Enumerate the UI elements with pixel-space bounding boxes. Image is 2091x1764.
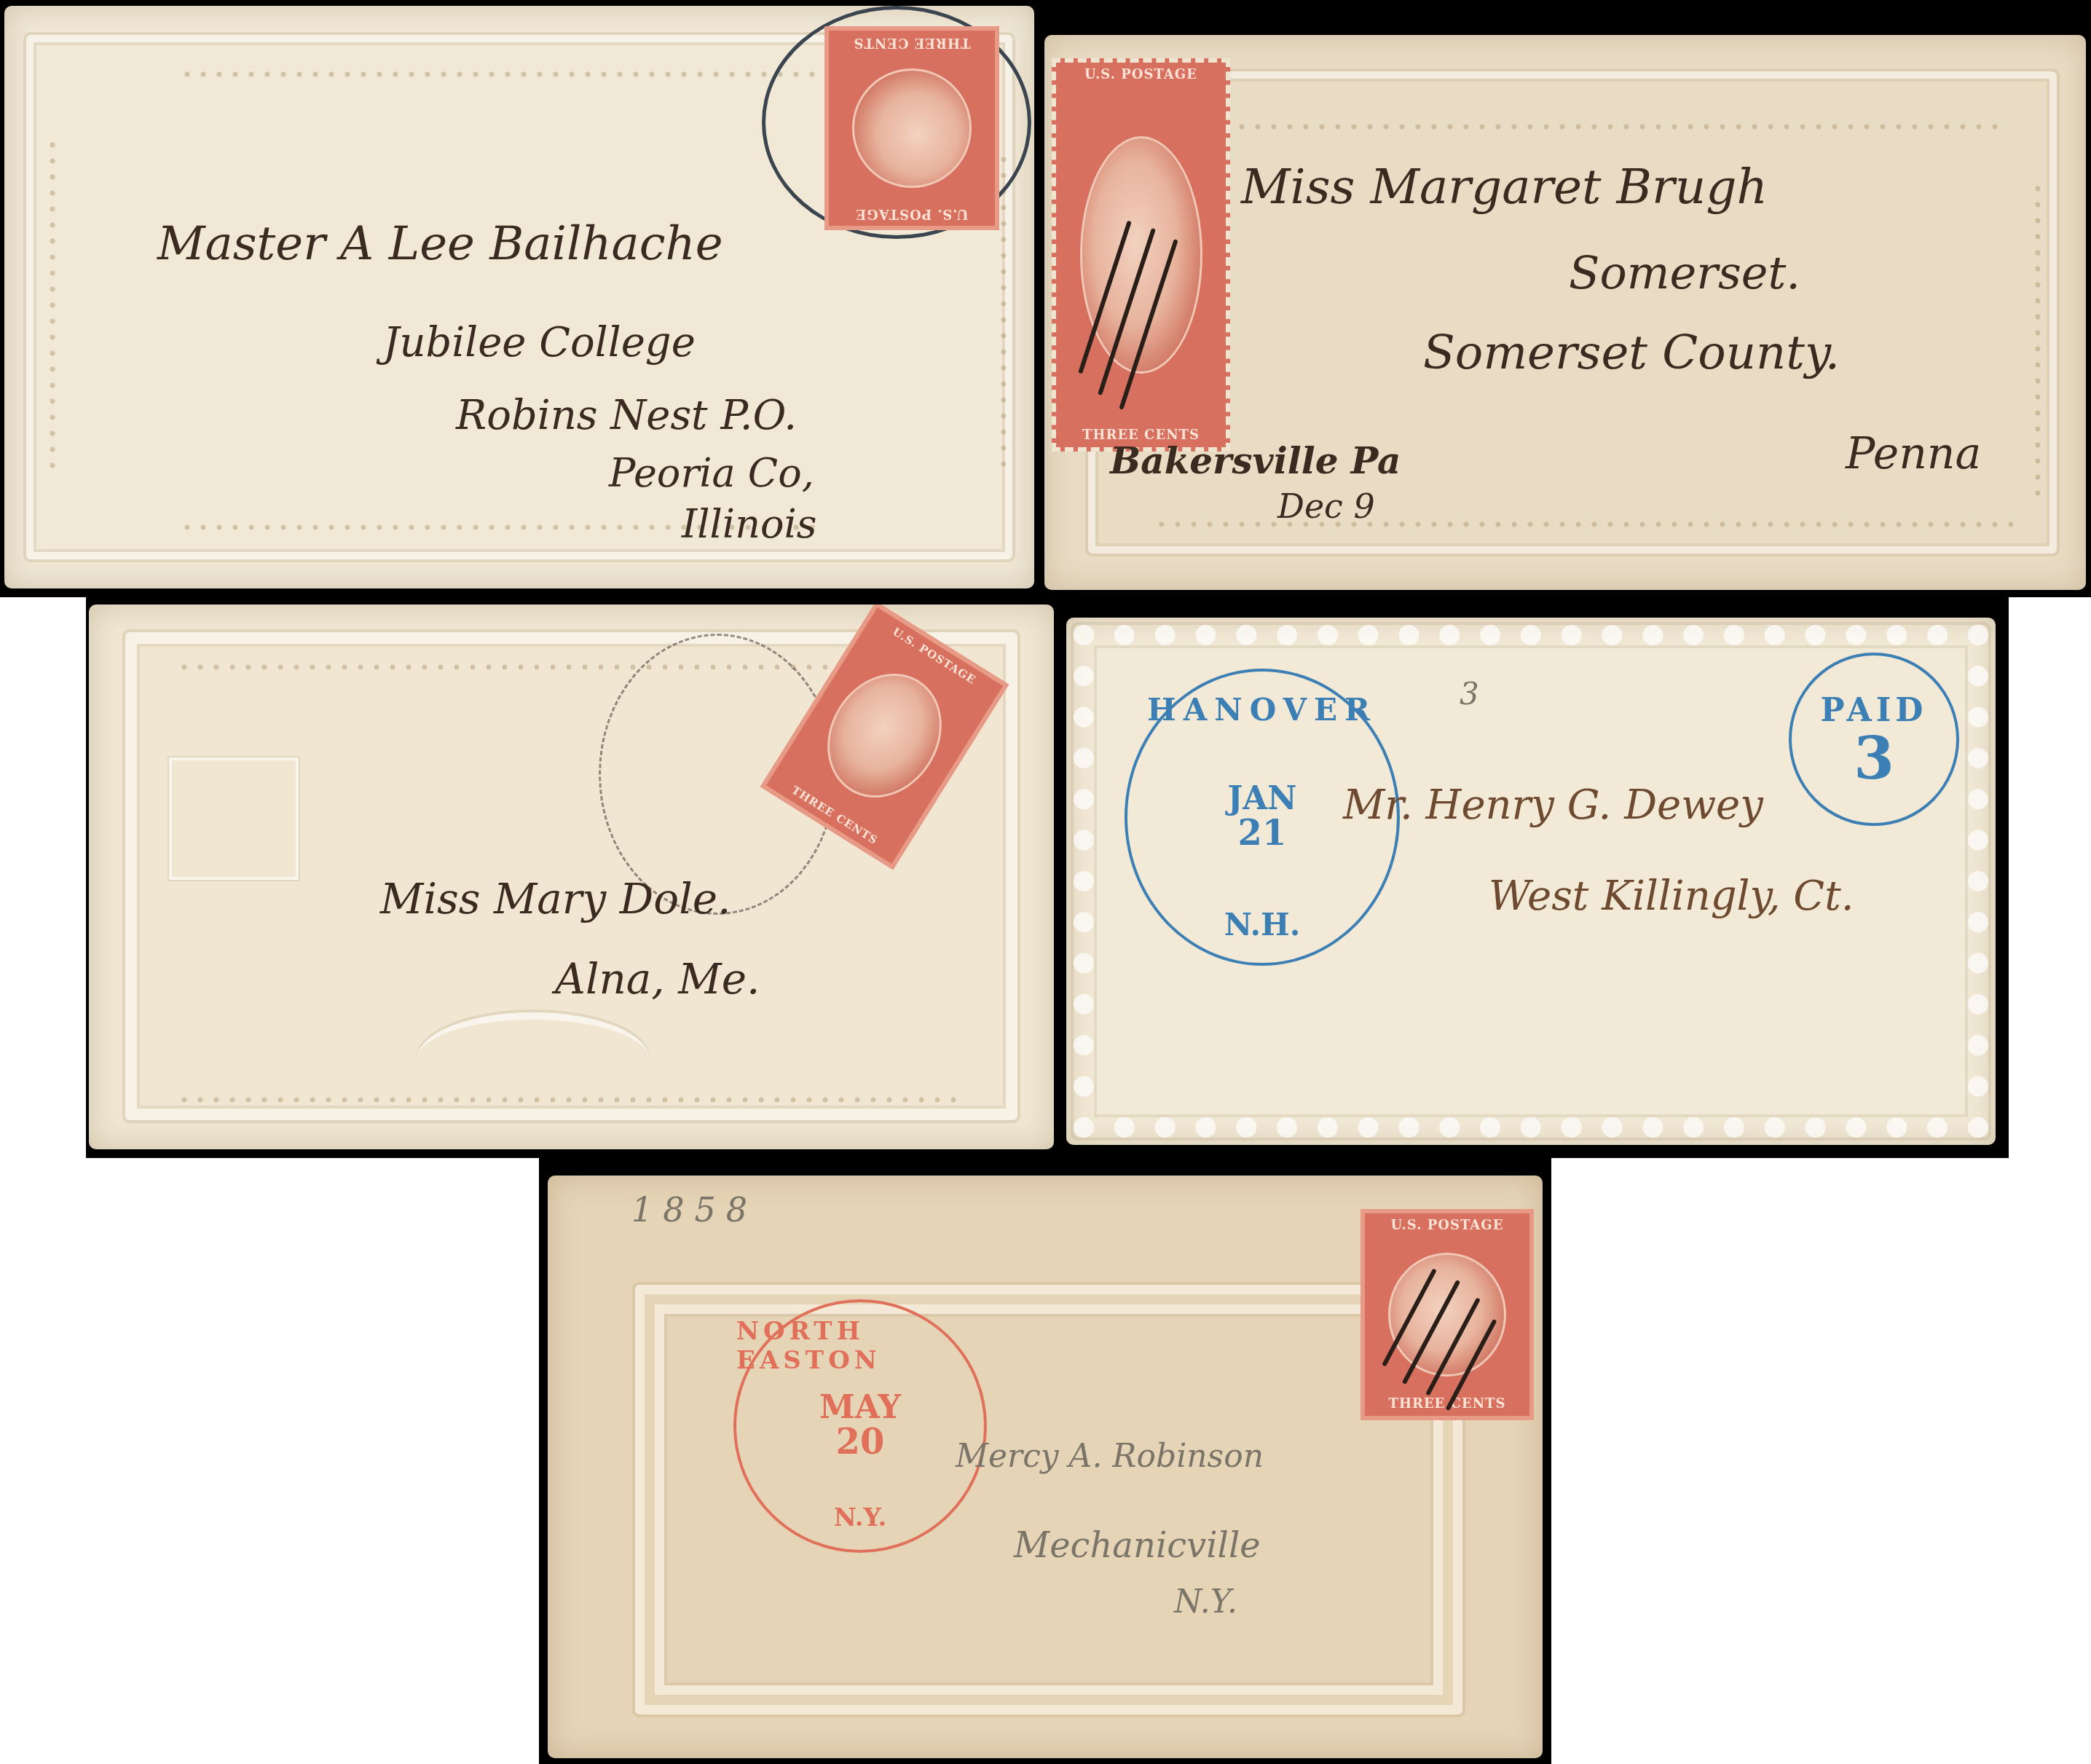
stamp-top-label: U.S. POSTAGE — [856, 206, 969, 221]
postmark-state: N.Y. — [834, 1503, 886, 1532]
embossed-cottage — [169, 757, 299, 880]
sender-note: Dec 9 — [1277, 487, 1375, 526]
stamp-3c-washington: U.S. POSTAGE THREE CENTS — [824, 26, 999, 230]
postmark-north-easton: NORTH EASTON MAY 20 N.Y. — [733, 1299, 987, 1553]
embossed-dots-top — [179, 71, 820, 77]
address-line: Alna, Me. — [555, 954, 760, 1004]
postmark-month: JAN — [1227, 783, 1296, 815]
embossed-dots-left — [50, 137, 55, 472]
docket-year: 1858 — [631, 1190, 757, 1229]
address-line: West Killingly, Ct. — [1489, 873, 1854, 920]
washington-portrait — [805, 653, 964, 819]
address-line: Mercy A. Robinson — [956, 1438, 1264, 1475]
address-line: Robins Nest P.O. — [456, 392, 797, 439]
embossed-dots-right — [1001, 151, 1007, 472]
pencil-note: 3 — [1460, 676, 1479, 712]
address-line: Mr. Henry G. Dewey — [1343, 781, 1763, 829]
address-line: Master A Lee Bailhache — [157, 217, 723, 271]
address-line: N.Y. — [1174, 1583, 1237, 1621]
stamp-top-label: U.S. POSTAGE — [1084, 67, 1197, 82]
stamp-3c-washington: U.S. POSTAGE THREE CENTS — [1360, 1209, 1534, 1420]
stamp-3c-washington: U.S. POSTAGE THREE CENTS — [1052, 58, 1230, 452]
paid-label: PAID — [1821, 692, 1928, 729]
postmark-month: MAY — [819, 1392, 901, 1424]
paid-3-rate-stamp: PAID 3 — [1789, 653, 1959, 826]
postmark-day: 21 — [1238, 815, 1287, 851]
sender-note: Bakersville Pa — [1110, 439, 1401, 482]
postmark-town: NORTH EASTON — [736, 1317, 984, 1375]
address-line: Somerset. — [1569, 246, 1800, 299]
cover-alna: U.S. POSTAGE THREE CENTS Miss Mary Dole.… — [89, 605, 1054, 1149]
embossed-bridge — [417, 1012, 650, 1107]
cover-philadelphia: DEC 8 U.S. POSTAGE THREE CENTS Master A … — [4, 6, 1034, 588]
address-line: Penna — [1846, 428, 1981, 479]
address-line: Mechanicville — [1014, 1525, 1261, 1566]
address-line: Jubilee College — [383, 319, 696, 366]
address-line: Somerset County. — [1423, 326, 1840, 380]
address-line: Miss Margaret Brugh — [1241, 159, 1768, 215]
postmark-state: N.H. — [1224, 907, 1301, 942]
postmark-day: 20 — [836, 1424, 885, 1460]
paid-value: 3 — [1854, 729, 1894, 787]
cover-somerset: U.S. POSTAGE THREE CENTS Miss Margaret B… — [1044, 35, 2086, 590]
cover-mechanicville: 1858 NORTH EASTON MAY 20 N.Y. U.S. POSTA… — [548, 1176, 1543, 1758]
postmark-town: HANOVER — [1147, 692, 1377, 728]
washington-portrait — [852, 68, 972, 189]
stamp-top-label: U.S. POSTAGE — [1391, 1218, 1504, 1233]
embossed-dots-top — [1234, 124, 2006, 130]
address-line: Peoria Co, — [609, 450, 814, 496]
embossed-dots-right — [2035, 181, 2041, 501]
address-line: Miss Mary Dole. — [380, 874, 731, 924]
cover-hanover: HANOVER JAN 21 N.H. PAID 3 3 Mr. Henry G… — [1066, 618, 1996, 1145]
address-line: Illinois — [682, 501, 816, 547]
stamp-bottom-label: THREE CENTS — [854, 35, 971, 50]
